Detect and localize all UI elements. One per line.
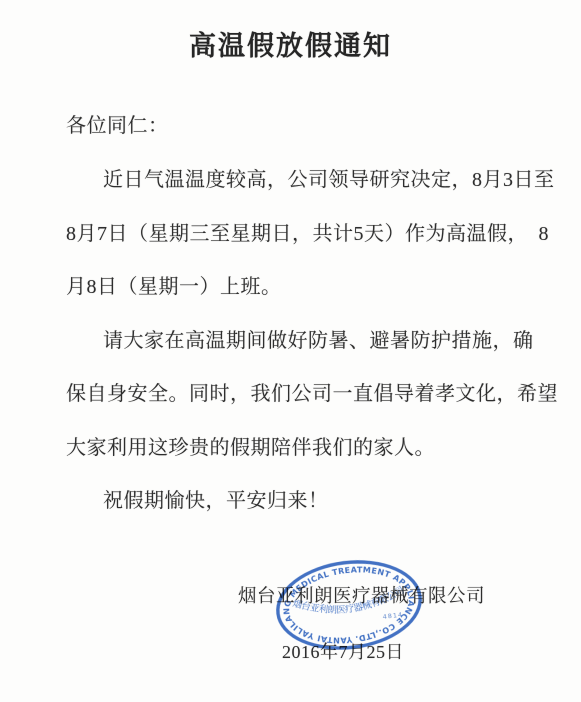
salutation: 各位同仁： [66, 109, 169, 138]
body-line: 保自身安全。同时，我们公司一直倡导着孝文化，希望 [66, 377, 558, 406]
body-line: 近日气温温度较高，公司领导研究决定，8月3日至 [103, 163, 555, 192]
body-line: 月8日（星期一）上班。 [66, 270, 282, 299]
scanned-notice-page: 高温假放假通知 各位同仁： 近日气温温度较高，公司领导研究决定，8月3日至 8月… [0, 0, 581, 702]
body-line: 大家利用这珍贵的假期陪伴我们的家人。 [66, 431, 435, 460]
company-stamp: YANTAI YALILANG MEDICAL TREATMENT APPLIA… [262, 540, 436, 671]
body-line: 请大家在高温期间做好防暑、避暑防护措施，确 [103, 324, 534, 353]
closing-line: 祝假期愉快，平安归来！ [103, 484, 329, 513]
stamp-ink-group: YANTAI YALILANG MEDICAL TREATMENT APPLIA… [273, 554, 425, 656]
body-line: 8月7日（星期三至星期日，共计5天）作为高温假， 8 [66, 217, 549, 246]
notice-title: 高温假放假通知 [0, 24, 581, 63]
